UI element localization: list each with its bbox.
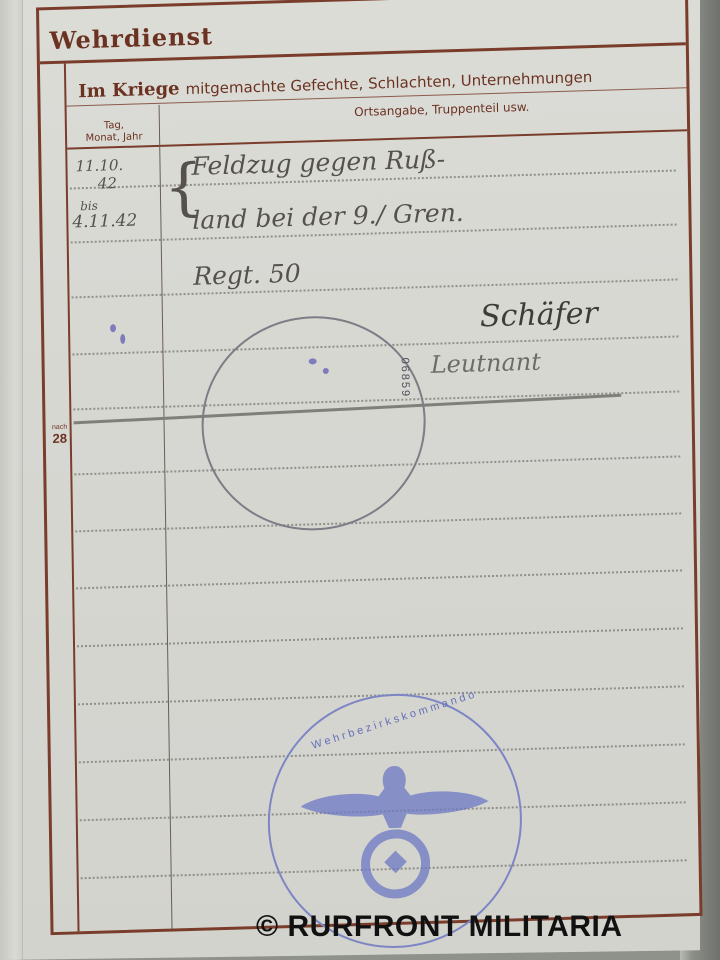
date-header-line2: Monat, Jahr (71, 131, 157, 146)
unit-stamp-gray: 06859 (200, 313, 427, 534)
handwritten-entry-line2: land bei der 9./ Gren. (192, 198, 464, 235)
page-marker: nach 28 (50, 424, 70, 447)
subtitle-rest: mitgemachte Gefechte, Schlachten, Untern… (185, 68, 592, 98)
signature-name: Schäfer (480, 296, 598, 334)
column-header-date: Tag, Monat, Jahr (71, 119, 157, 146)
handwritten-date-to: 4.11.42 (72, 212, 137, 232)
signature-rank: Leutnant (431, 348, 542, 379)
handwritten-entry-line1: Feldzug gegen Ruß- (191, 144, 445, 181)
ink-spot (110, 324, 116, 332)
page-frame: Wehrdienst Im Kriegemitgemachte Gefechte… (36, 0, 702, 935)
stamp-feldpost-number: 06859 (399, 357, 412, 398)
page-marker-number: 28 (50, 431, 70, 447)
date-from-year: 42 (76, 174, 124, 193)
previous-page-edge (0, 0, 23, 960)
handwritten-date-from: 11.10. 42 (75, 156, 123, 193)
table-area: Im Kriegemitgemachte Gefechte, Schlachte… (64, 45, 700, 931)
subtitle-lead: Im Kriege (78, 78, 180, 102)
date-from-day-month: 11.10. (75, 156, 123, 175)
copyright-watermark: © RURFRONT MILITARIA (256, 910, 623, 944)
document-page: Wehrdienst Im Kriegemitgemachte Gefechte… (0, 0, 700, 960)
handwritten-entry-line3: Regt. 50 (193, 259, 301, 291)
section-title: Wehrdienst (49, 21, 213, 55)
column-divider (159, 105, 173, 929)
ink-spot (120, 334, 125, 344)
